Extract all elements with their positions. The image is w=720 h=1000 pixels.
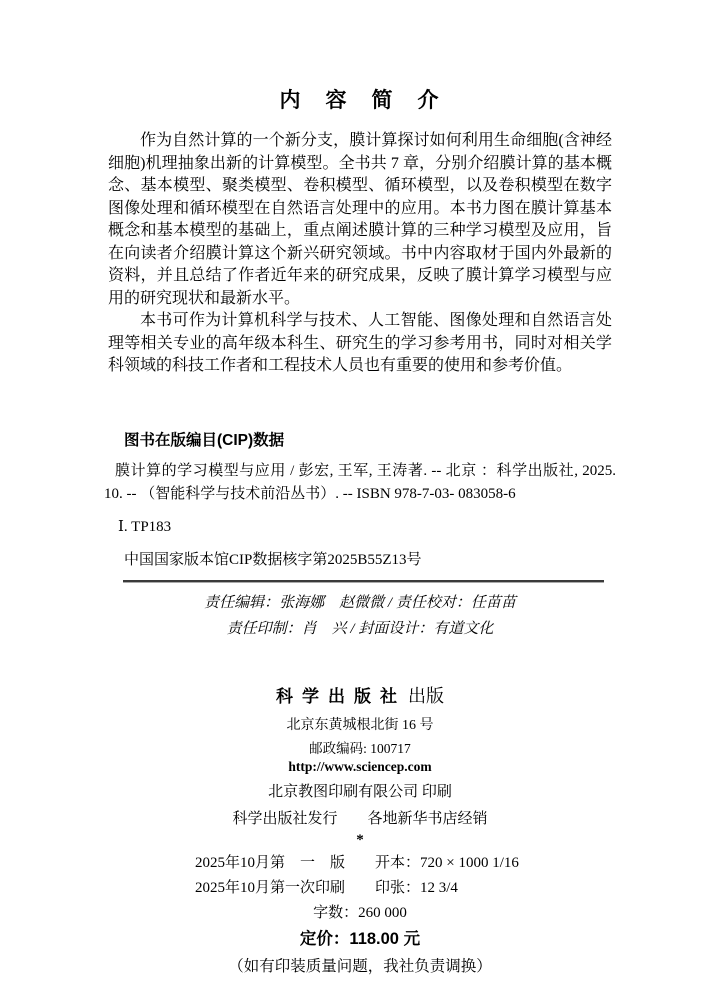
price-line: 定价：118.00 元	[0, 925, 720, 949]
content-summary-body: 作为自然计算的一个新分支，膜计算探讨如何利用生命细胞(含神经细胞)机理抽象出新的…	[108, 130, 612, 378]
publisher-website: http://www.sciencep.com	[0, 759, 720, 775]
publisher-postcode: 邮政编码: 100717	[0, 737, 720, 757]
book-copyright-page: 内 容 简 介 作为自然计算的一个新分支，膜计算探讨如何利用生命细胞(含神经细胞…	[0, 0, 720, 1000]
content-summary-title: 内 容 简 介	[0, 84, 720, 114]
summary-paragraph-2: 本书可作为计算机科学与技术、人工智能、图像处理和自然语言处理等相关专业的高年级本…	[108, 310, 612, 378]
cip-data-block: 图书在版编目(CIP)数据 膜计算的学习模型与应用 / 彭宏, 王军, 王涛著.…	[104, 428, 616, 569]
cip-classification-number: Ⅰ. TP183	[118, 517, 616, 536]
publisher-logo-text: 科学出版社	[276, 687, 406, 706]
cip-record: 膜计算的学习模型与应用 / 彭宏, 王军, 王涛著. -- 北京 ：科学出版社,…	[104, 460, 616, 506]
edition-line-1: 2025年10月第 一 版 开本：720 × 1000 1/16	[195, 851, 525, 876]
publisher-suffix: 出版	[408, 686, 444, 706]
cip-verification-number: 中国国家版本馆CIP数据核字第2025B55Z13号	[124, 548, 616, 569]
quality-note-line: （如有印装质量问题，我社负责调换）	[0, 954, 720, 976]
edition-line-2: 2025年10月第一次印刷 印张：12 3/4	[195, 876, 525, 901]
staff-credits: 责任编辑：张海娜 赵微微 / 责任校对：任苗苗 责任印制：肖 兴 / 封面设计：…	[0, 590, 720, 642]
staff-credits-line-1: 责任编辑：张海娜 赵微微 / 责任校对：任苗苗	[0, 590, 720, 616]
printer-line: 北京教图印刷有限公司 印刷	[0, 780, 720, 801]
publisher-address: 北京东黄城根北街 16 号	[0, 714, 720, 734]
cip-divider-rule	[123, 580, 604, 583]
edition-block: 2025年10月第 一 版 开本：720 × 1000 1/16 2025年10…	[195, 851, 525, 901]
word-count-line: 字数：260 000	[0, 901, 720, 922]
separator-star: *	[0, 832, 720, 849]
publisher-line: 科学出版社出版	[0, 682, 720, 708]
colophon-block: 科学出版社出版 北京东黄城根北街 16 号 邮政编码: 100717 http:…	[0, 682, 720, 976]
summary-paragraph-1: 作为自然计算的一个新分支，膜计算探讨如何利用生命细胞(含神经细胞)机理抽象出新的…	[108, 130, 612, 310]
staff-credits-line-2: 责任印制：肖 兴 / 封面设计：有道文化	[0, 616, 720, 642]
cip-heading: 图书在版编目(CIP)数据	[124, 428, 616, 450]
distribution-line: 科学出版社发行 各地新华书店经销	[0, 807, 720, 828]
